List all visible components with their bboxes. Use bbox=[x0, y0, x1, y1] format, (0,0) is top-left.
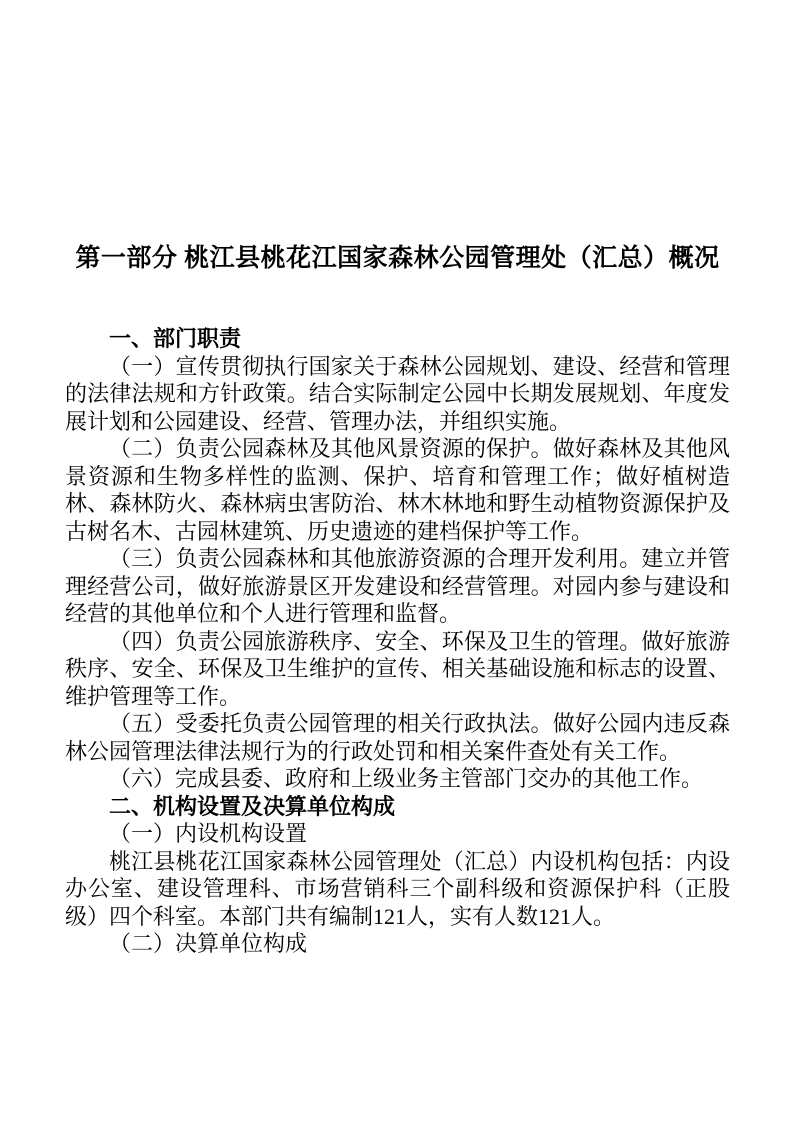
document-body: 一、部门职责 （一）宣传贯彻执行国家关于森林公园规划、建设、经营和管理的法律法规… bbox=[65, 325, 730, 958]
section-2-heading: 二、机构设置及决算单位构成 bbox=[65, 793, 730, 821]
duty-paragraph-5: （五）受委托负责公园管理的相关行政执法。做好公园内违反森林公园管理法律法规行为的… bbox=[65, 710, 730, 765]
duty-paragraph-2: （二）负责公园森林及其他风景资源的保护。做好森林及其他风景资源和生物多样性的监测… bbox=[65, 435, 730, 545]
subsection-2-heading: （二）决算单位构成 bbox=[65, 930, 730, 958]
duty-paragraph-6: （六）完成县委、政府和上级业务主管部门交办的其他工作。 bbox=[65, 765, 730, 793]
document-page: 第一部分 桃江县桃花江国家森林公园管理处（汇总）概况 一、部门职责 （一）宣传贯… bbox=[0, 0, 793, 1122]
duty-paragraph-4: （四）负责公园旅游秩序、安全、环保及卫生的管理。做好旅游秩序、安全、环保及卫生维… bbox=[65, 628, 730, 711]
document-title: 第一部分 桃江县桃花江国家森林公园管理处（汇总）概况 bbox=[65, 242, 730, 276]
org-setup-paragraph: 桃江县桃花江国家森林公园管理处（汇总）内设机构包括：内设办公室、建设管理科、市场… bbox=[65, 848, 730, 931]
section-1-heading: 一、部门职责 bbox=[65, 325, 730, 353]
subsection-1-heading: （一）内设机构设置 bbox=[65, 820, 730, 848]
duty-paragraph-3: （三）负责公园森林和其他旅游资源的合理开发利用。建立并管理经营公司，做好旅游景区… bbox=[65, 545, 730, 628]
duty-paragraph-1: （一）宣传贯彻执行国家关于森林公园规划、建设、经营和管理的法律法规和方针政策。结… bbox=[65, 353, 730, 436]
